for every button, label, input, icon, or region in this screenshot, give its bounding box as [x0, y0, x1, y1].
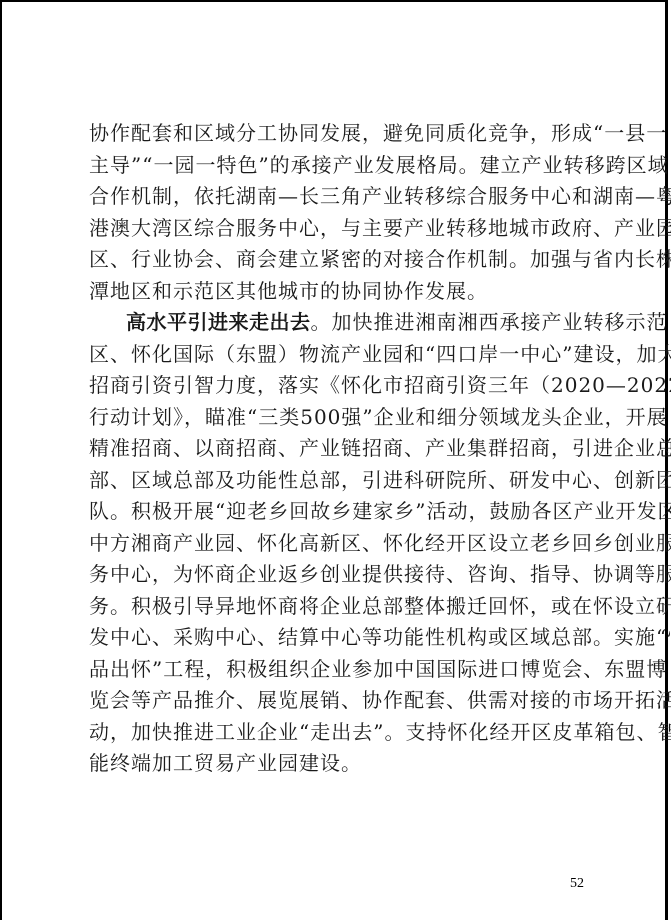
text-line: 区、行业协会、商会建立紧密的对接合作机制。加强与省内长株	[89, 244, 586, 276]
paragraph-2: 高水平引进来走出去。加快推进湘南湘西承接产业转移示范 区、怀化国际（东盟）物流产…	[89, 307, 586, 780]
text-line: 品出怀”工程，积极组织企业参加中国国际进口博览会、东盟博	[89, 654, 586, 686]
text-line: 协作配套和区域分工协同发展，避免同质化竞争，形成“一县一	[89, 118, 586, 150]
text-line: 务中心，为怀商企业返乡创业提供接待、咨询、指导、协调等服	[89, 559, 586, 591]
text-line-with-heading: 高水平引进来走出去。加快推进湘南湘西承接产业转移示范	[89, 307, 586, 339]
text-line: 行动计划》，瞄准“三类500强”企业和细分领域龙头企业，开展	[89, 402, 586, 434]
text-line: 合作机制，依托湖南—长三角产业转移综合服务中心和湖南—粤	[89, 181, 586, 213]
text-line: 部、区域总部及功能性总部，引进科研院所、研发中心、创新团	[89, 465, 586, 497]
text-line: 中方湘商产业园、怀化高新区、怀化经开区设立老乡回乡创业服	[89, 528, 586, 560]
body-text: 协作配套和区域分工协同发展，避免同质化竞争，形成“一县一 主导”“一园一特色”的…	[89, 118, 586, 780]
text-line: 发中心、采购中心、结算中心等功能性机构或区域总部。实施“怀	[89, 622, 586, 654]
document-page: 协作配套和区域分工协同发展，避免同质化竞争，形成“一县一 主导”“一园一特色”的…	[0, 0, 668, 920]
paragraph-1: 协作配套和区域分工协同发展，避免同质化竞争，形成“一县一 主导”“一园一特色”的…	[89, 118, 586, 307]
text-line: 精准招商、以商招商、产业链招商、产业集群招商，引进企业总	[89, 433, 586, 465]
text-line: 招商引资引智力度，落实《怀化市招商引资三年（2020—2022）	[89, 370, 586, 402]
text-line: 动，加快推进工业企业“走出去”。支持怀化经开区皮革箱包、智	[89, 717, 586, 749]
text-line: 队。积极开展“迎老乡回故乡建家乡”活动，鼓励各区产业开发区、	[89, 496, 586, 528]
text-run: 。加快推进湘南湘西承接产业转移示范	[311, 310, 668, 334]
page-number: 52	[570, 876, 584, 892]
text-line: 能终端加工贸易产业园建设。	[89, 748, 586, 780]
text-line: 务。积极引导异地怀商将企业总部整体搬迁回怀，或在怀设立研	[89, 591, 586, 623]
text-line: 潭地区和示范区其他城市的协同协作发展。	[89, 276, 586, 308]
text-line: 主导”“一园一特色”的承接产业发展格局。建立产业转移跨区域	[89, 150, 586, 182]
section-heading: 高水平引进来走出去	[126, 310, 311, 334]
text-line: 览会等产品推介、展览展销、协作配套、供需对接的市场开拓活	[89, 685, 586, 717]
text-line: 港澳大湾区综合服务中心，与主要产业转移地城市政府、产业园	[89, 213, 586, 245]
text-line: 区、怀化国际（东盟）物流产业园和“四口岸一中心”建设，加大	[89, 339, 586, 371]
